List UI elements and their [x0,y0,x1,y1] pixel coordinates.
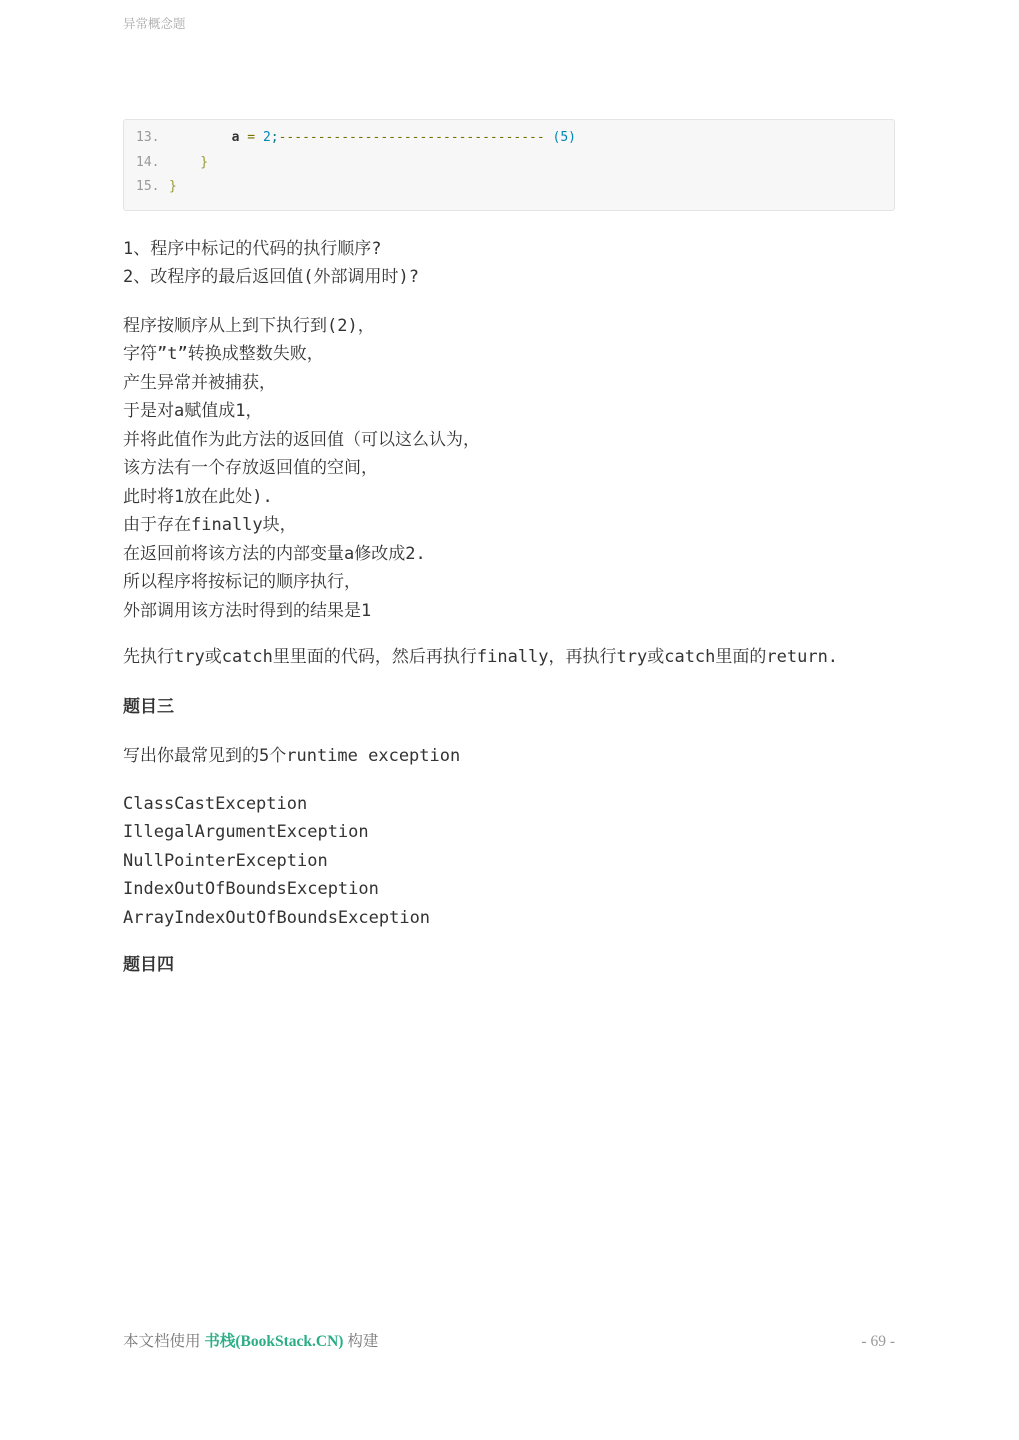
answer-line: 产生异常并被捕获， [123,369,895,398]
runtime-prompt-paragraph: 写出你最常见到的5个runtime exception [123,742,895,771]
answer-line: 并将此值作为此方法的返回值（可以这么认为， [123,426,895,455]
exception-name-line: IllegalArgumentException [123,818,895,847]
answer-line: 程序按顺序从上到下执行到(2)， [123,312,895,341]
exception-name-line: IndexOutOfBoundsException [123,875,895,904]
answer-paragraph: 程序按顺序从上到下执行到(2)，字符”t”转换成整数失败，产生异常并被捕获，于是… [123,312,895,626]
answer-line: 所以程序将按标记的顺序执行， [123,568,895,597]
page-number: - 69 - [861,1333,895,1351]
summary-paragraph: 先执行try或catch里里面的代码，然后再执行finally，再执行try或c… [123,643,895,672]
questions-paragraph: 1、程序中标记的代码的执行顺序?2、改程序的最后返回值(外部调用时)? [123,235,895,292]
footer-credit: 本文档使用 书栈(BookStack.CN) 构建 [123,1329,378,1351]
summary-line: 先执行try或catch里里面的代码，然后再执行finally，再执行try或c… [123,643,895,672]
code-value: 2 [263,130,271,145]
exception-name-line: ClassCastException [123,790,895,819]
code-indent [169,130,232,145]
footer-credit-prefix: 本文档使用 [123,1333,204,1350]
line-number: 13. [136,126,160,151]
bookstack-link[interactable]: 书栈(BookStack.CN) [204,1333,343,1350]
code-brace: } [169,155,208,170]
exception-name-line: NullPointerException [123,847,895,876]
answer-line: 外部调用该方法时得到的结果是1 [123,597,895,626]
code-block: 13. a = 2;------------------------------… [123,119,895,211]
exceptions-list: ClassCastExceptionIllegalArgumentExcepti… [123,790,895,933]
answer-line: 在返回前将该方法的内部变量a修改成2. [123,540,895,569]
code-line-14: 14. } [136,151,882,176]
page-header-title: 异常概念题 [123,14,186,32]
runtime-prompt-line: 写出你最常见到的5个runtime exception [123,742,895,771]
code-step-marker: (5) [545,130,576,145]
question-line: 1、程序中标记的代码的执行顺序? [123,235,895,264]
code-dashes: ---------------------------------- [279,130,545,145]
footer-credit-suffix: 构建 [343,1333,378,1350]
answer-line: 此时将1放在此处). [123,483,895,512]
code-brace: } [169,179,177,194]
code-line-13: 13. a = 2;------------------------------… [136,126,882,151]
exception-name-line: ArrayIndexOutOfBoundsException [123,904,895,933]
code-line-15: 15.} [136,175,882,200]
answer-line: 于是对a赋值成1， [123,397,895,426]
section-heading-four: 题目四 [123,951,895,980]
line-number: 14. [136,151,160,176]
code-semicolon: ; [271,130,279,145]
answer-line: 该方法有一个存放返回值的空间， [123,454,895,483]
question-line: 2、改程序的最后返回值(外部调用时)? [123,263,895,292]
line-number: 15. [136,175,160,200]
answer-line: 由于存在finally块， [123,511,895,540]
answer-line: 字符”t”转换成整数失败， [123,340,895,369]
section-heading-three: 题目三 [123,693,895,722]
code-operator: = [239,130,262,145]
page-footer: 本文档使用 书栈(BookStack.CN) 构建 - 69 - [123,1329,895,1351]
document-content: 13. a = 2;------------------------------… [123,119,895,1001]
